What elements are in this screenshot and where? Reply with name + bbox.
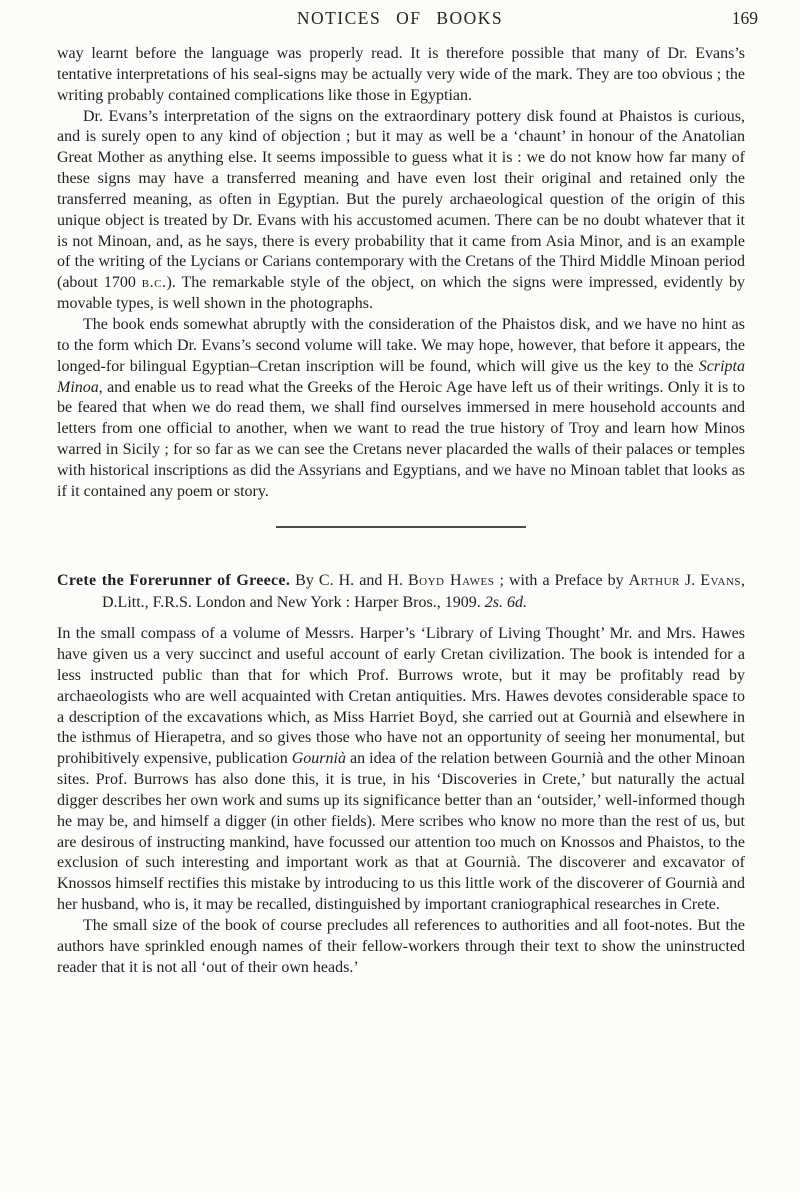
text-segment: 2s. 6d.: [485, 594, 527, 611]
text-segment: Dr. Evans’s interpretation of the signs …: [57, 108, 745, 292]
paragraph-review-continuation-2: Dr. Evans’s interpretation of the signs …: [57, 107, 745, 315]
running-head: NOTICES OF BOOKS: [0, 8, 800, 29]
text-segment: Boyd Hawes: [408, 572, 494, 589]
page-number: 169: [732, 8, 758, 29]
paragraph-review-continuation-1: way learnt before the language was prope…: [57, 44, 745, 107]
text-segment: In the small compass of a volume of Mess…: [57, 625, 745, 767]
text-segment: Evans: [700, 572, 741, 589]
text-segment: J.: [680, 572, 700, 589]
text-segment: , and enable us to read what the Greeks …: [57, 379, 745, 500]
paragraph-crete-review-2: The small size of the book of course pre…: [57, 916, 745, 979]
text-segment: Crete the Forerunner of Greece.: [57, 572, 290, 589]
text-segment: Gournià: [292, 750, 346, 767]
paragraph-crete-review-1: In the small compass of a volume of Mess…: [57, 624, 745, 916]
text-segment: ; with a Preface by: [494, 572, 628, 589]
text-segment: b.c.: [142, 274, 167, 291]
text-segment: way learnt before the language was prope…: [57, 45, 745, 104]
text-segment: The small size of the book of course pre…: [57, 917, 745, 976]
journal-page: NOTICES OF BOOKS 169 way learnt before t…: [0, 0, 800, 1191]
text-segment: The book ends somewhat abruptly with the…: [57, 316, 745, 375]
review-heading-crete-forerunner: Crete the Forerunner of Greece. By C. H.…: [57, 570, 745, 615]
text-segment: By C. H. and H.: [290, 572, 408, 589]
text-segment: an idea of the relation between Gournià …: [57, 750, 745, 913]
text-segment: Arthur: [629, 572, 680, 589]
text-column: way learnt before the language was prope…: [57, 44, 745, 979]
section-divider-rule: [276, 526, 526, 528]
paragraph-review-continuation-3: The book ends somewhat abruptly with the…: [57, 315, 745, 503]
